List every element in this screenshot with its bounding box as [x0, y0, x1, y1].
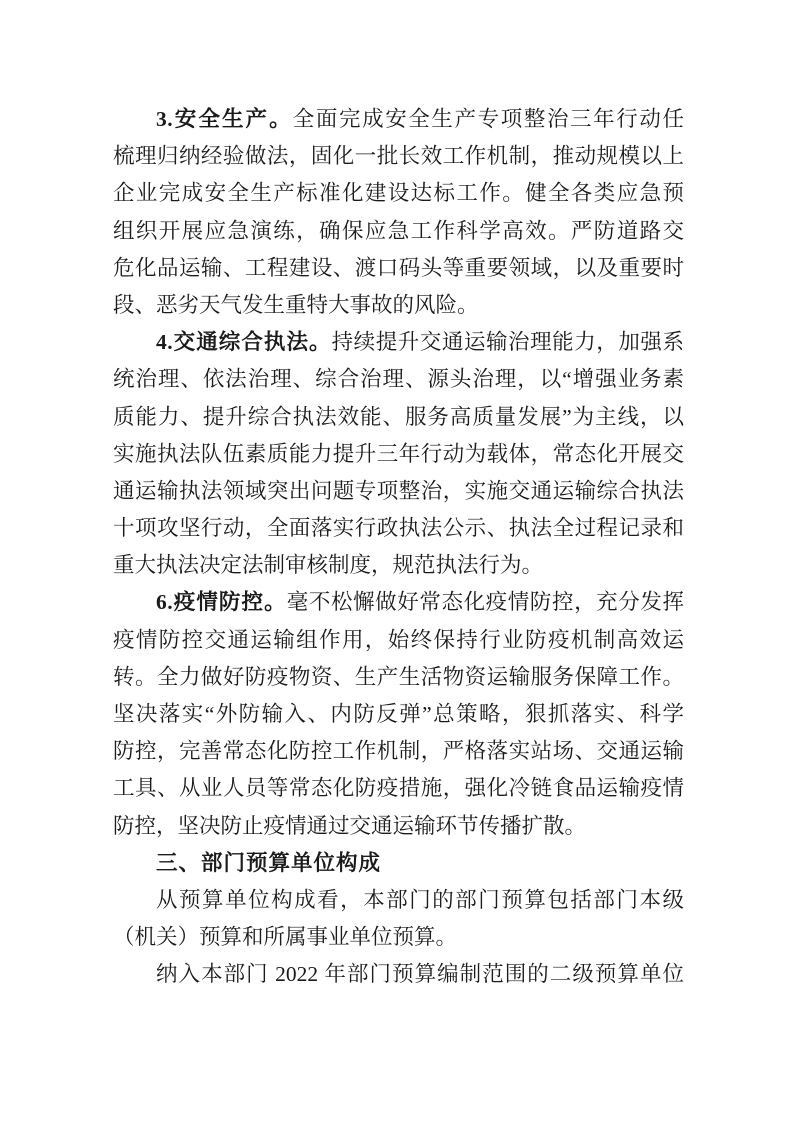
text-line: 重大执法决定法制审核制度，规范执法行为。 [113, 547, 684, 584]
text-line: 纳入本部门 2022 年部门预算编制范围的二级预算单位 [113, 956, 684, 993]
section-heading: 三、部门预算单位构成 [113, 845, 684, 882]
text-line: 坚决落实“外防输入、内防反弹”总策略，狠抓落实、科学 [113, 696, 684, 733]
item-number-lead: 4.交通综合执法。 [156, 330, 332, 354]
text-line: （机关）预算和所属事业单位预算。 [113, 919, 684, 956]
document-page: 3.安全生产。全面完成安全生产专项整治三年行动任务，梳理归纳经验做法，固化一批长… [0, 0, 793, 1122]
heading-text: 三、部门预算单位构成 [156, 851, 381, 875]
text-line: 防控，完善常态化防控工作机制，严格落实站场、交通运输 [113, 733, 684, 770]
text-line: 防控，坚决防止疫情通过交通运输环节传播扩散。 [113, 808, 684, 845]
document-content: 3.安全生产。全面完成安全生产专项整治三年行动任务，梳理归纳经验做法，固化一批长… [113, 101, 684, 994]
text-line: 3.安全生产。全面完成安全生产专项整治三年行动任务， [113, 101, 684, 138]
text-line: 4.交通综合执法。持续提升交通运输治理能力，加强系 [113, 324, 684, 361]
text-line: 疫情防控交通运输组作用，始终保持行业防疫机制高效运 [113, 622, 684, 659]
text-line: 工具、从业人员等常态化防疫措施，强化冷链食品运输疫情 [113, 770, 684, 807]
item-number-lead: 6.疫情防控。 [156, 590, 287, 614]
text-line: 从预算单位构成看，本部门的部门预算包括部门本级 [113, 882, 684, 919]
text-line: 统治理、依法治理、综合治理、源头治理，以“增强业务素 [113, 361, 684, 398]
text-line: 6.疫情防控。毫不松懈做好常态化疫情防控，充分发挥 [113, 584, 684, 621]
paragraph-numbered-item: 6.疫情防控。毫不松懈做好常态化疫情防控，充分发挥疫情防控交通运输组作用，始终保… [113, 584, 684, 844]
item-number-lead: 3.安全生产。 [156, 107, 293, 131]
text-line: 段、恶劣天气发生重特大事故的风险。 [113, 287, 684, 324]
paragraph-numbered-item: 4.交通综合执法。持续提升交通运输治理能力，加强系统治理、依法治理、综合治理、源… [113, 324, 684, 584]
line-text: 持续提升交通运输治理能力，加强系 [332, 330, 684, 354]
text-line: 梳理归纳经验做法，固化一批长效工作机制，推动规模以上 [113, 138, 684, 175]
text-line: 转。全力做好防疫物资、生产生活物资运输服务保障工作。 [113, 659, 684, 696]
text-line: 实施执法队伍素质能力提升三年行动为载体，常态化开展交 [113, 436, 684, 473]
line-text: 毫不松懈做好常态化疫情防控，充分发挥 [287, 590, 684, 614]
paragraph-body: 纳入本部门 2022 年部门预算编制范围的二级预算单位 [113, 956, 684, 993]
text-line: 组织开展应急演练，确保应急工作科学高效。严防道路交通、 [113, 213, 684, 250]
text-line: 企业完成安全生产标准化建设达标工作。健全各类应急预案， [113, 175, 684, 212]
paragraph-numbered-item: 3.安全生产。全面完成安全生产专项整治三年行动任务，梳理归纳经验做法，固化一批长… [113, 101, 684, 324]
text-line: 三、部门预算单位构成 [113, 845, 684, 882]
blocks-container: 3.安全生产。全面完成安全生产专项整治三年行动任务，梳理归纳经验做法，固化一批长… [113, 101, 684, 994]
paragraph-body: 从预算单位构成看，本部门的部门预算包括部门本级（机关）预算和所属事业单位预算。 [113, 882, 684, 956]
text-line: 危化品运输、工程建设、渡口码头等重要领域，以及重要时 [113, 250, 684, 287]
text-line: 通运输执法领域突出问题专项整治，实施交通运输综合执法 [113, 473, 684, 510]
text-line: 十项攻坚行动，全面落实行政执法公示、执法全过程记录和 [113, 510, 684, 547]
text-line: 质能力、提升综合执法效能、服务高质量发展”为主线，以 [113, 399, 684, 436]
